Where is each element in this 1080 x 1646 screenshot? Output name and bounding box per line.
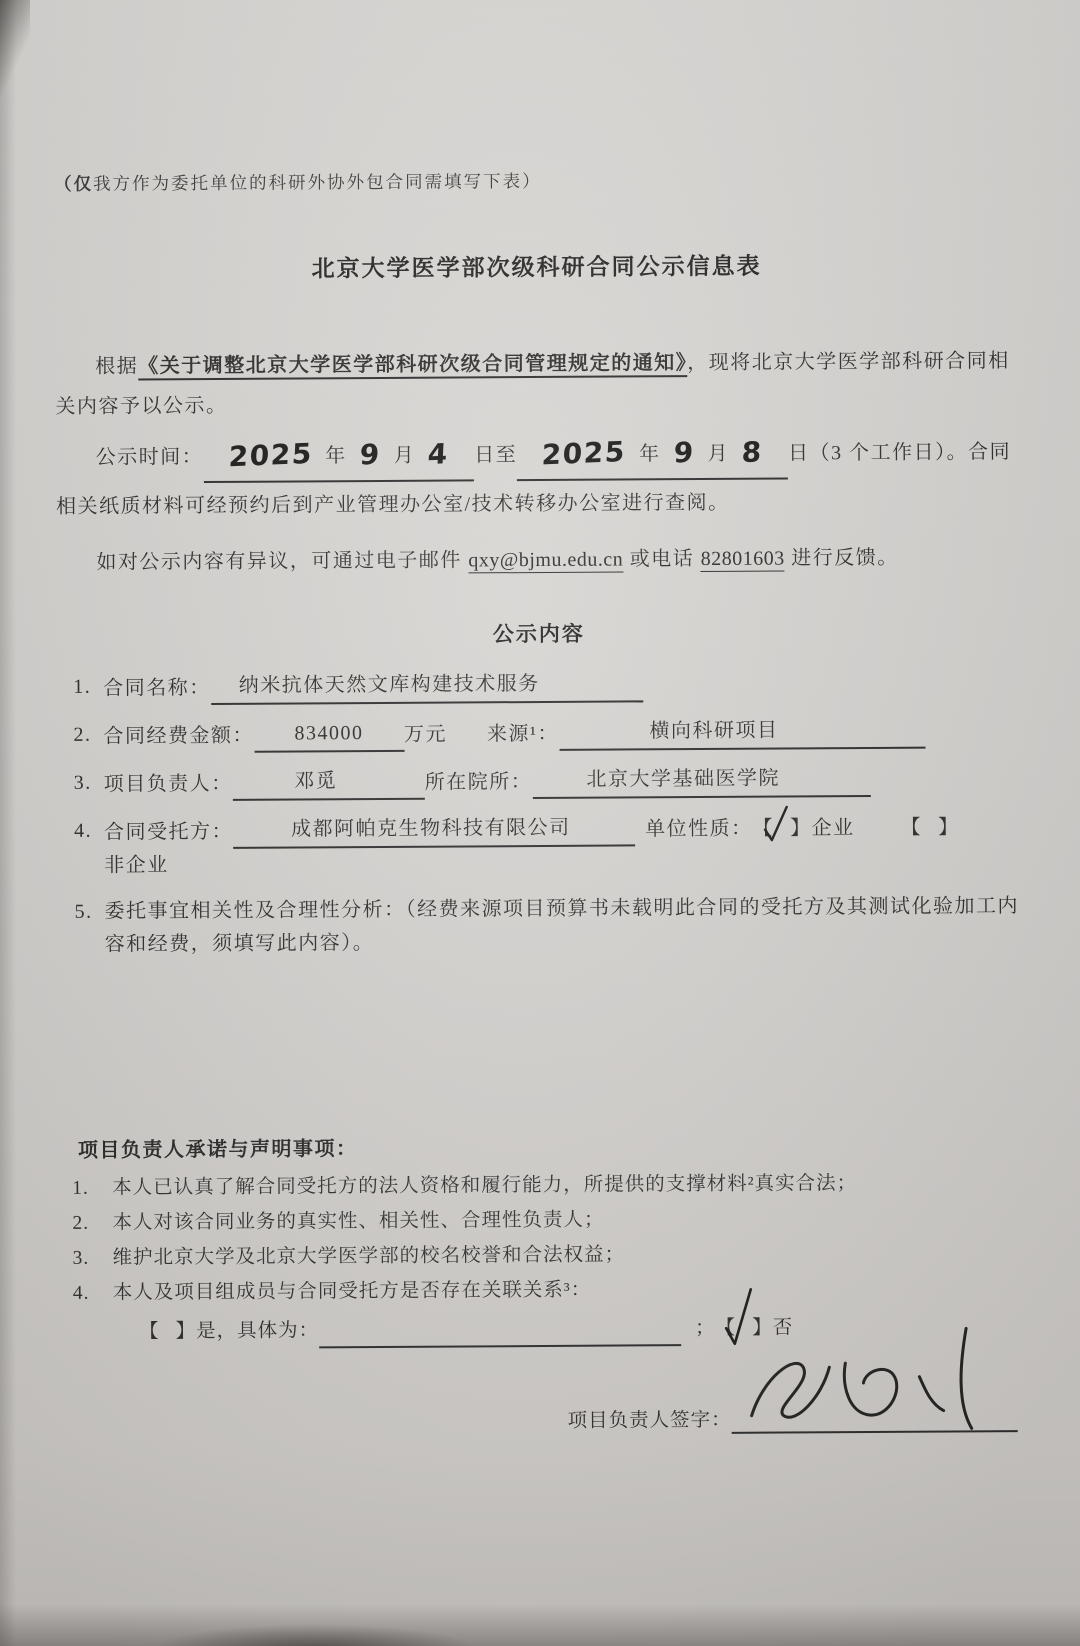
nature-label: 单位性质： [645,818,753,841]
item-principal-investigator: 3. 项目负责人：邓觅所在院所：北京大学基础医学院 [58,761,1022,802]
feedback-paragraph: 如对公示内容有异议，可通过电子邮件 qxy@bjmu.edu.cn 或电话 82… [56,537,1020,583]
start-month-handwritten: 9 [359,441,381,470]
amount-field: 834000 [254,717,404,753]
contractor-label: 合同受托方： [104,821,233,844]
feedback-suffix: 进行反馈。 [785,547,899,570]
feedback-middle: 或电话 [623,548,701,570]
declaration-text: 维护北京大学及北京大学医学部的校名校誉和合法权益； [113,1237,626,1275]
declaration-item: 4.本人及项目组成员与合同受托方是否存在关联关系³： [61,1270,1025,1311]
declaration-text: 本人对该合同业务的真实性、相关性、合理性负责人； [112,1203,604,1241]
signature-row: 项目负责人签字： [62,1402,1026,1442]
contract-name-label: 合同名称： [103,677,211,700]
declaration-heading: 项目负责人承诺与声明事项： [60,1128,1024,1163]
item-contract-name: 1. 合同名称：纳米抗体天然文库构建技术服务 [57,665,1021,706]
separator: ； [695,1318,716,1339]
amount-label: 合同经费金额： [103,725,254,748]
start-year-handwritten: 2025 [228,440,313,471]
source-label: 来源¹： [487,723,559,745]
item-number: 5. [58,896,104,962]
signature-label: 项目负责人签字： [568,1404,732,1439]
item-contractor: 4. 合同受托方：成都阿帕克生物科技有限公司单位性质：【】企业【】 非企业 [58,809,1022,883]
top-note-text: 我方作为委托单位的科研外协外包合同需填写下表） [93,171,542,194]
year-char-2: 年 [639,443,661,465]
declaration-text: 本人及项目组成员与合同受托方是否存在关联关系³： [113,1273,592,1311]
bracket-close: 】 [176,1321,197,1342]
top-note: （仅我方作为委托单位的科研外协外包合同需填写下表） [54,165,1018,196]
dept-label: 所在院所： [425,771,533,794]
intro-paragraph: 根据《关于调整北京大学医学部科研次级合同管理规定的通知》，现将北京大学医学部科研… [55,341,1019,427]
declaration-number: 1. [60,1171,112,1206]
declaration-number: 3. [61,1241,113,1276]
checkbox-enterprise: 【】 [752,812,811,845]
option-non-enterprise: 非企业 [104,844,1022,883]
start-date-field: 2025年9月4 [203,432,474,483]
feedback-prefix: 如对公示内容有异议，可通过电子邮件 [96,549,468,573]
feedback-email: qxy@bjmu.edu.cn [468,548,623,573]
end-date-field: 2025年9月8 [517,430,788,481]
section-title: 公示内容 [57,615,1021,651]
bracket-close: 】 [938,816,960,838]
document-photo: （仅我方作为委托单位的科研外协外包合同需填写下表） 北京大学医学部次级科研合同公… [0,0,1080,1646]
year-char: 年 [325,445,347,467]
to-char: 日至 [474,444,517,466]
feedback-phone: 82801603 [701,548,785,573]
month-char: 月 [394,445,416,467]
contract-name-field: 纳米抗体天然文库构建技术服务 [211,667,643,705]
start-day-handwritten: 4 [427,440,449,469]
relation-detail-field [319,1316,681,1348]
pi-label: 项目负责人： [104,773,233,796]
checkbox-non-enterprise: 【】 [900,811,959,844]
option-enterprise: 企业 [811,817,854,839]
item-contract-amount: 2. 合同经费金额：834000万元来源¹：横向科研项目 [57,713,1021,754]
declaration-text: 本人已认真了解合同受托方的法人资格和履行能力，所提供的支撑材料²真实合法； [112,1166,857,1206]
checkmark-icon [761,802,788,844]
day-char: 日 [788,442,810,464]
item-number: 2. [57,719,103,754]
end-day-handwritten: 8 [741,438,763,467]
bracket-open: 【 [900,817,922,839]
signature-field [732,1402,1018,1434]
checkbox-yes: 【】 [139,1314,196,1349]
declaration-number: 2. [60,1206,112,1241]
item-number: 3. [58,767,104,802]
period-label: 公示时间： [96,446,204,469]
item-rationality-analysis: 5. 委托事宜相关性及合理性分析：（经费来源项目预算书未载明此合同的受托方及其测… [58,890,1022,962]
end-month-handwritten: 9 [673,439,695,468]
contractor-field: 成都阿帕克生物科技有限公司 [233,811,635,848]
pi-field: 邓觅 [233,765,425,801]
bracket-close: 】 [790,817,812,839]
amount-unit: 万元 [404,724,447,746]
declaration-item: 1.本人已认真了解合同受托方的法人资格和履行能力，所提供的支撑材料²真实合法； [60,1165,1024,1206]
declaration-items: 1.本人已认真了解合同受托方的法人资格和履行能力，所提供的支撑材料²真实合法； … [60,1165,1025,1311]
rationality-text: 委托事宜相关性及合理性分析：（经费来源项目预算书未载明此合同的受托方及其测试化验… [104,890,1022,962]
publicity-period: 公示时间：2025年9月4日至2025年9月8日（3 个工作日）。合同相关纸质材… [56,429,1021,531]
yes-label: 是，具体为： [196,1320,319,1342]
intro-prefix: 根据 [95,355,138,377]
regulation-title: 《关于调整北京大学医学部科研次级合同管理规定的通知》 [138,352,687,380]
handwritten-signature [723,1314,1024,1446]
item-number: 4. [58,815,104,883]
declaration-item: 2.本人对该合同业务的真实性、相关性、合理性负责人； [60,1200,1024,1241]
end-year-handwritten: 2025 [541,438,626,469]
month-char-2: 月 [708,443,730,465]
top-note-bold: （仅 [54,174,93,194]
publicity-items: 1. 合同名称：纳米抗体天然文库构建技术服务 2. 合同经费金额：834000万… [57,665,1023,962]
dept-field: 北京大学基础医学院 [532,762,870,799]
source-field: 横向科研项目 [559,714,925,751]
declaration-item: 3.维护北京大学及北京大学医学部的校名校誉和合法权益； [61,1235,1025,1276]
page-title: 北京大学医学部次级科研合同公示信息表 [55,246,1019,285]
item-number: 1. [57,671,103,706]
bracket-open: 【 [139,1321,160,1342]
declaration-number: 4. [61,1276,113,1311]
